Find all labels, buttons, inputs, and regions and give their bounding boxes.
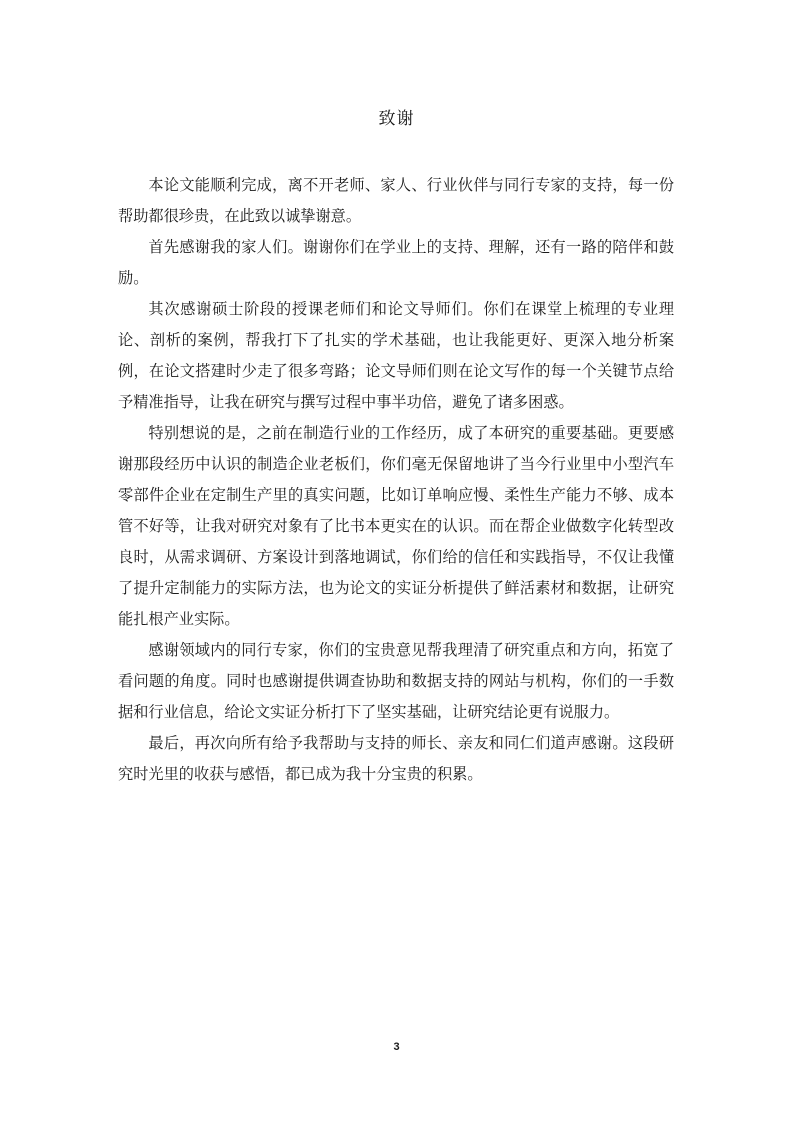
page-title: 致谢 [0,104,793,129]
acknowledgement-body: 本论文能顺利完成，离不开老师、家人、行业伙伴与同行专家的支持，每一份帮助都很珍贵… [118,170,674,790]
page-number: 3 [0,1041,793,1053]
paragraph-intro: 本论文能顺利完成，离不开老师、家人、行业伙伴与同行专家的支持，每一份帮助都很珍贵… [118,170,674,232]
paragraph-family: 首先感谢我的家人们。谢谢你们在学业上的支持、理解，还有一路的陪伴和鼓励。 [118,232,674,294]
paragraph-industry: 特别想说的是，之前在制造行业的工作经历，成了本研究的重要基础。更要感谢那段经历中… [118,418,674,635]
paragraph-closing: 最后，再次向所有给予我帮助与支持的师长、亲友和同仁们道声感谢。这段研究时光里的收… [118,728,674,790]
paragraph-teachers: 其次感谢硕士阶段的授课老师们和论文导师们。你们在课堂上梳理的专业理论、剖析的案例… [118,294,674,418]
paragraph-experts: 感谢领域内的同行专家，你们的宝贵意见帮我理清了研究重点和方向，拓宽了看问题的角度… [118,635,674,728]
